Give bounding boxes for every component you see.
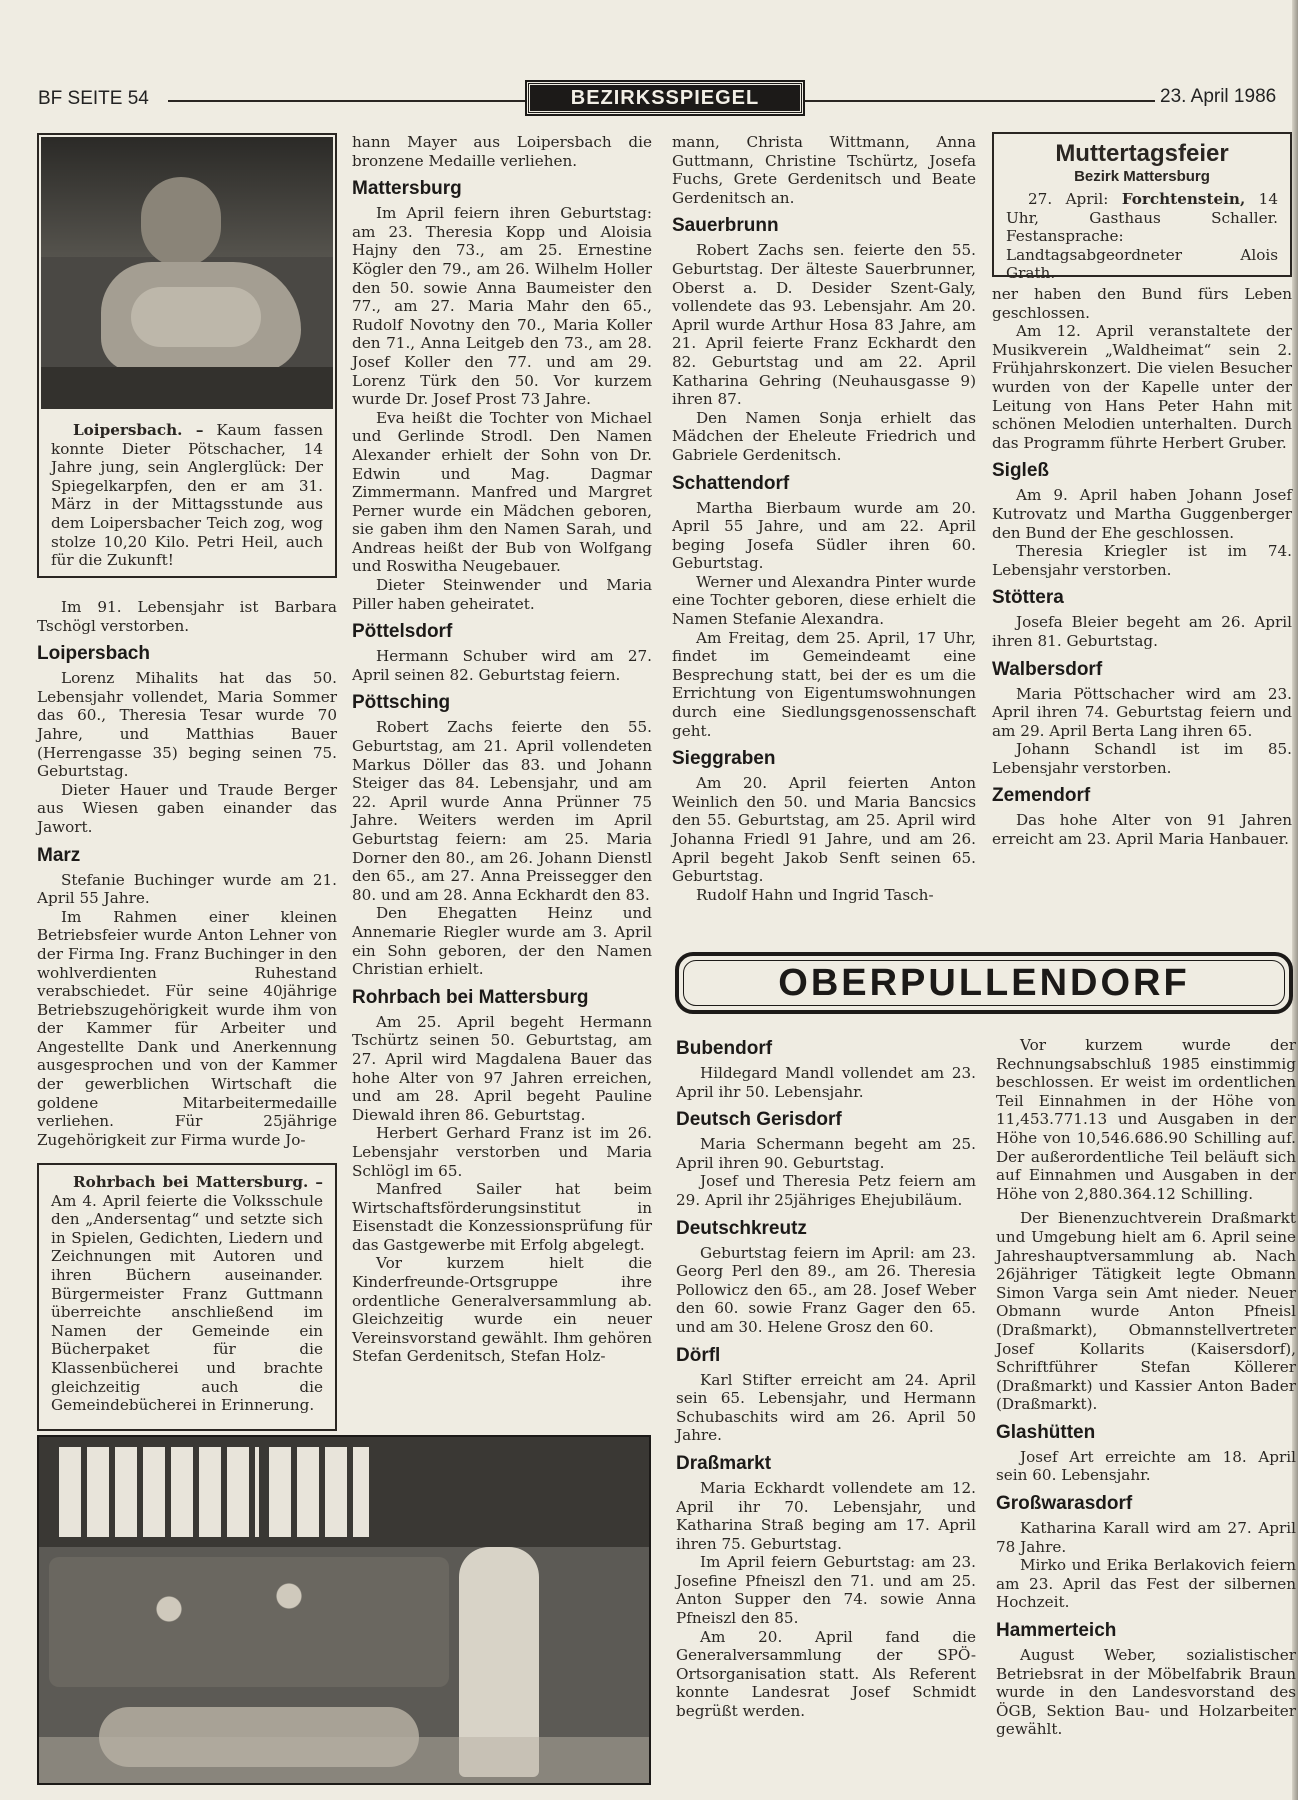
paragraph: mann, Christa Wittmann, Anna Guttmann, C… (672, 133, 976, 207)
paragraph: Den Namen Sonja erhielt das Mädchen der … (672, 409, 976, 465)
paragraph: Herbert Gerhard Franz ist im 26. Lebensj… (352, 1124, 652, 1180)
muttertag-place: Forchtenstein, (1122, 190, 1245, 208)
paragraph: Am 20. April fand die Generalversammlung… (676, 1628, 976, 1721)
issue-date: 23. April 1986 (1160, 86, 1276, 108)
paragraph: Josef und Theresia Petz feiern am 29. Ap… (676, 1172, 976, 1209)
oberpullendorf-column-right: Vor kurzem wurde der Rechnungsabschluß 1… (996, 1036, 1296, 1739)
paragraph: Geburtstag feiern im April: am 23. Georg… (676, 1244, 976, 1337)
muttertag-subtitle: Bezirk Mattersburg (1006, 168, 1278, 186)
paragraph: Josefa Bleier begeht am 26. April ihren … (992, 613, 1292, 650)
paragraph: Am 20. April feierten Anton Weinlich den… (672, 774, 976, 886)
paragraph: Martha Bierbaum wurde am 20. April 55 Ja… (672, 499, 976, 573)
heading-schattendorf: Schattendorf (672, 473, 976, 495)
heading-sauerbrunn: Sauerbrunn (672, 215, 976, 237)
heading-mattersburg: Mattersburg (352, 178, 652, 200)
section-masthead: BEZIRKSSPIEGEL (527, 82, 803, 114)
heading-doerfl: Dörfl (676, 1345, 976, 1367)
paragraph: Werner und Alexandra Pinter wurde eine T… (672, 573, 976, 629)
paragraph: Der Bienenzuchtverein Draßmarkt und Umge… (996, 1209, 1296, 1414)
paragraph: Hermann Schuber wird am 27. April seinen… (352, 647, 652, 684)
paragraph: Am 25. April begeht Hermann Tschürtz sei… (352, 1013, 652, 1125)
paragraph: Rudolf Hahn und Ingrid Tasch- (672, 886, 976, 905)
paragraph: Robert Zachs feierte den 55. Geburtstag,… (352, 718, 652, 904)
heading-walbersdorf: Walbersdorf (992, 659, 1292, 681)
paragraph: Am 12. April veranstaltete der Musikvere… (992, 322, 1292, 452)
paragraph: Vor kurzem wurde der Rechnungsabschluß 1… (996, 1036, 1296, 1203)
paragraph: Den Ehegatten Heinz und Annemarie Riegle… (352, 904, 652, 978)
paragraph: hann Mayer aus Loipersbach die bronzene … (352, 133, 652, 170)
paragraph: Theresia Kriegler ist im 74. Lebensjahr … (992, 542, 1292, 579)
paragraph: Dieter Hauer und Traude Berger aus Wiese… (37, 781, 337, 837)
column-2: hann Mayer aus Loipersbach die bronzene … (352, 133, 652, 1366)
heading-deutsch-gerisdorf: Deutsch Gerisdorf (676, 1109, 976, 1131)
column-1: Im 91. Lebensjahr ist Barbara Tschögl ve… (37, 598, 337, 1149)
paragraph: Karl Stifter erreicht am 24. April sein … (676, 1371, 976, 1445)
heading-grosswarasdorf: Großwarasdorf (996, 1493, 1296, 1515)
heading-stoettera: Stöttera (992, 587, 1292, 609)
paragraph: Im Rahmen einer kleinen Betriebsfeier wu… (37, 908, 337, 1150)
heading-rohrbach: Rohrbach bei Mattersburg (352, 987, 652, 1009)
paragraph: Lorenz Mihalits hat das 50. Lebensjahr v… (37, 669, 337, 781)
heading-poettsching: Pöttsching (352, 692, 652, 714)
paragraph: Maria Pöttschacher wird am 23. April ihr… (992, 685, 1292, 741)
heading-hammerteich: Hammerteich (996, 1620, 1296, 1642)
paragraph: ner haben den Bund fürs Leben geschlosse… (992, 285, 1292, 322)
column-3: mann, Christa Wittmann, Anna Guttmann, C… (672, 133, 976, 904)
rohrbach-text: Am 4. April feierte die Volksschule den … (51, 1192, 323, 1415)
paragraph: Maria Schermann begeht am 25. April ihre… (676, 1135, 976, 1172)
heading-zemendorf: Zemendorf (992, 785, 1292, 807)
heading-marz: Marz (37, 845, 337, 867)
rohrbach-news-box: Rohrbach bei Mattersburg. – Am 4. April … (37, 1163, 337, 1431)
heading-drassmarkt: Draßmarkt (676, 1453, 976, 1475)
paragraph: Das hohe Alter von 91 Jahren erreicht am… (992, 811, 1292, 848)
paragraph: Manfred Sailer hat beim Wirtschaftsförde… (352, 1180, 652, 1254)
fisherman-photo (41, 137, 333, 409)
caption-lead: Loipersbach. – (73, 421, 203, 439)
heading-sieggraben: Sieggraben (672, 748, 976, 770)
paragraph: Eva heißt die Tochter von Michael und Ge… (352, 409, 652, 576)
paragraph: Im April feiern Geburtstag: am 23. Josef… (676, 1553, 976, 1627)
heading-sigless: Sigleß (992, 460, 1292, 482)
heading-poettelsdorf: Pöttelsdorf (352, 621, 652, 643)
oberpullendorf-banner: OBERPULLENDORF (675, 952, 1293, 1014)
paragraph: Mirko und Erika Berlakovich feiern am 23… (996, 1556, 1296, 1612)
heading-loipersbach: Loipersbach (37, 643, 337, 665)
paragraph: Vor kurzem hielt die Kinderfreunde-Ortsg… (352, 1254, 652, 1366)
paragraph: Am Freitag, dem 25. April, 17 Uhr, finde… (672, 629, 976, 741)
paragraph: August Weber, sozialistischer Betriebsra… (996, 1646, 1296, 1739)
paragraph: Katharina Karall wird am 27. April 78 Ja… (996, 1519, 1296, 1556)
header-rule-right (805, 100, 1155, 102)
photo-caption-box: Loipersbach. – Kaum fassen konnte Dieter… (37, 133, 337, 578)
paragraph: Im April feiern ihren Geburtstag: am 23.… (352, 204, 652, 409)
paragraph: Dieter Steinwender und Maria Piller habe… (352, 576, 652, 613)
paragraph: Johann Schandl ist im 85. Lebensjahr ver… (992, 740, 1292, 777)
muttertag-date: 27. April: (1028, 190, 1122, 208)
heading-glashuetten: Glashütten (996, 1422, 1296, 1444)
paragraph: Hildegard Mandl vollendet am 23. April i… (676, 1064, 976, 1101)
muttertag-title: Muttertagsfeier (1006, 140, 1278, 168)
page-label: BF SEITE 54 (38, 88, 149, 110)
column-4: ner haben den Bund fürs Leben geschlosse… (992, 285, 1292, 849)
rohrbach-lead: Rohrbach bei Mattersburg. – (73, 1173, 323, 1191)
paragraph: Maria Eckhardt vollendete am 12. April i… (676, 1479, 976, 1553)
oberpullendorf-column-left: Bubendorf Hildegard Mandl vollendet am 2… (676, 1030, 976, 1721)
muttertagsfeier-box: Muttertagsfeier Bezirk Mattersburg 27. A… (992, 132, 1292, 277)
paragraph: Robert Zachs sen. feierte den 55. Geburt… (672, 241, 976, 408)
heading-deutschkreutz: Deutschkreutz (676, 1218, 976, 1240)
obituary-tschoegl: Im 91. Lebensjahr ist Barbara Tschögl ve… (37, 598, 337, 635)
paragraph: Am 9. April haben Johann Josef Kutrovatz… (992, 486, 1292, 542)
paragraph: Stefanie Buchinger wurde am 21. April 55… (37, 871, 337, 908)
header-rule-left (168, 100, 525, 102)
classroom-photo (37, 1435, 651, 1785)
caption-text: Kaum fassen konnte Dieter Pötschacher, 1… (51, 421, 323, 569)
heading-bubendorf: Bubendorf (676, 1038, 976, 1060)
paragraph: Josef Art erreichte am 18. April sein 60… (996, 1448, 1296, 1485)
